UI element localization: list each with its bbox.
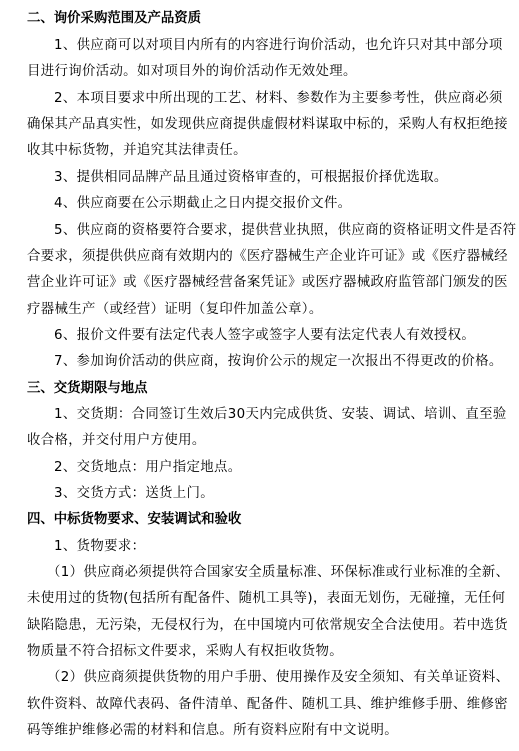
- paragraph-line: 6、报价文件要有法定代表人签字或签字人要有法定代表人有效授权。: [54, 326, 493, 346]
- paragraph-line: 4、供应商要在公示期截止之日内提交报价文件。: [54, 194, 493, 214]
- paragraph-line: 1、货物要求：: [54, 537, 493, 557]
- paragraph-line: 1、供应商可以对项目内所有的内容进行询价活动，也允许只对其中部分项: [54, 36, 493, 56]
- paragraph-line: 2、交货地点：用户指定地点。: [54, 458, 493, 478]
- paragraph-line: 缺陷隐患，无污染，无侵权行为，在中国境内可依常规安全合法使用。若中选货: [27, 616, 493, 636]
- paragraph-line: 物质量不符合招标文件要求，采购人有权拒收货物。: [27, 642, 493, 662]
- section-heading-2: 二、询价采购范围及产品资质: [27, 9, 493, 29]
- paragraph-line: 7、参加询价活动的供应商，按询价公示的规定一次报出不得更改的价格。: [54, 352, 493, 372]
- paragraph-line: 目进行询价活动。如对项目外的询价活动作无效处理。: [27, 62, 493, 82]
- document-page: 二、询价采购范围及产品资质 1、供应商可以对项目内所有的内容进行询价活动，也允许…: [0, 0, 519, 751]
- paragraph-line: 收其中标货物，并追究其法律责任。: [27, 141, 493, 161]
- paragraph-line: （1）供应商必须提供符合国家安全质量标准、环保标准或行业标准的全新、: [47, 563, 493, 583]
- paragraph-line: 收合格，并交付用户方使用。: [27, 431, 493, 451]
- paragraph-line: （2）供应商须提供货物的用户手册、使用操作及安全须知、有关单证资料、: [47, 668, 493, 688]
- paragraph-line: 3、交货方式：送货上门。: [54, 484, 493, 504]
- section-heading-4: 四、中标货物要求、安装调试和验收: [27, 510, 493, 530]
- paragraph-line: 营企业许可证》或《医疗器械经营备案凭证》或医疗器械政府监管部门颁发的医: [27, 273, 493, 293]
- paragraph-line: 1、交货期：合同签订生效后30天内完成供货、安装、调试、培训、直至验: [54, 405, 493, 425]
- paragraph-line: 疗器械生产（或经营）证明（复印件加盖公章）。: [27, 300, 493, 320]
- paragraph-line: 2、本项目要求中所出现的工艺、材料、参数作为主要参考性，供应商必须: [54, 89, 493, 109]
- paragraph-line: 确保其产品真实性，如发现供应商提供虚假材料谋取中标的，采购人有权拒绝接: [27, 115, 493, 135]
- paragraph-line: 3、提供相同品牌产品且通过资格审查的，可根据报价择优选取。: [54, 168, 493, 188]
- paragraph-line: 码等维护维修必需的材料和信息。所有资料应附有中文说明。: [27, 721, 493, 741]
- paragraph-line: 合要求，须提供供应商有效期内的《医疗器械生产企业许可证》或《医疗器械经: [27, 247, 493, 267]
- paragraph-line: 5、供应商的资格要符合要求，提供营业执照，供应商的资格证明文件是否符: [54, 221, 493, 241]
- paragraph-line: 未使用过的货物(包括所有配备件、随机工具等)，表面无划伤，无碰撞，无任何: [27, 589, 493, 609]
- section-heading-3: 三、交货期限与地点: [27, 379, 493, 399]
- paragraph-line: 软件资料、故障代表码、备件清单、配备件、随机工具、维护维修手册、维修密: [27, 695, 493, 715]
